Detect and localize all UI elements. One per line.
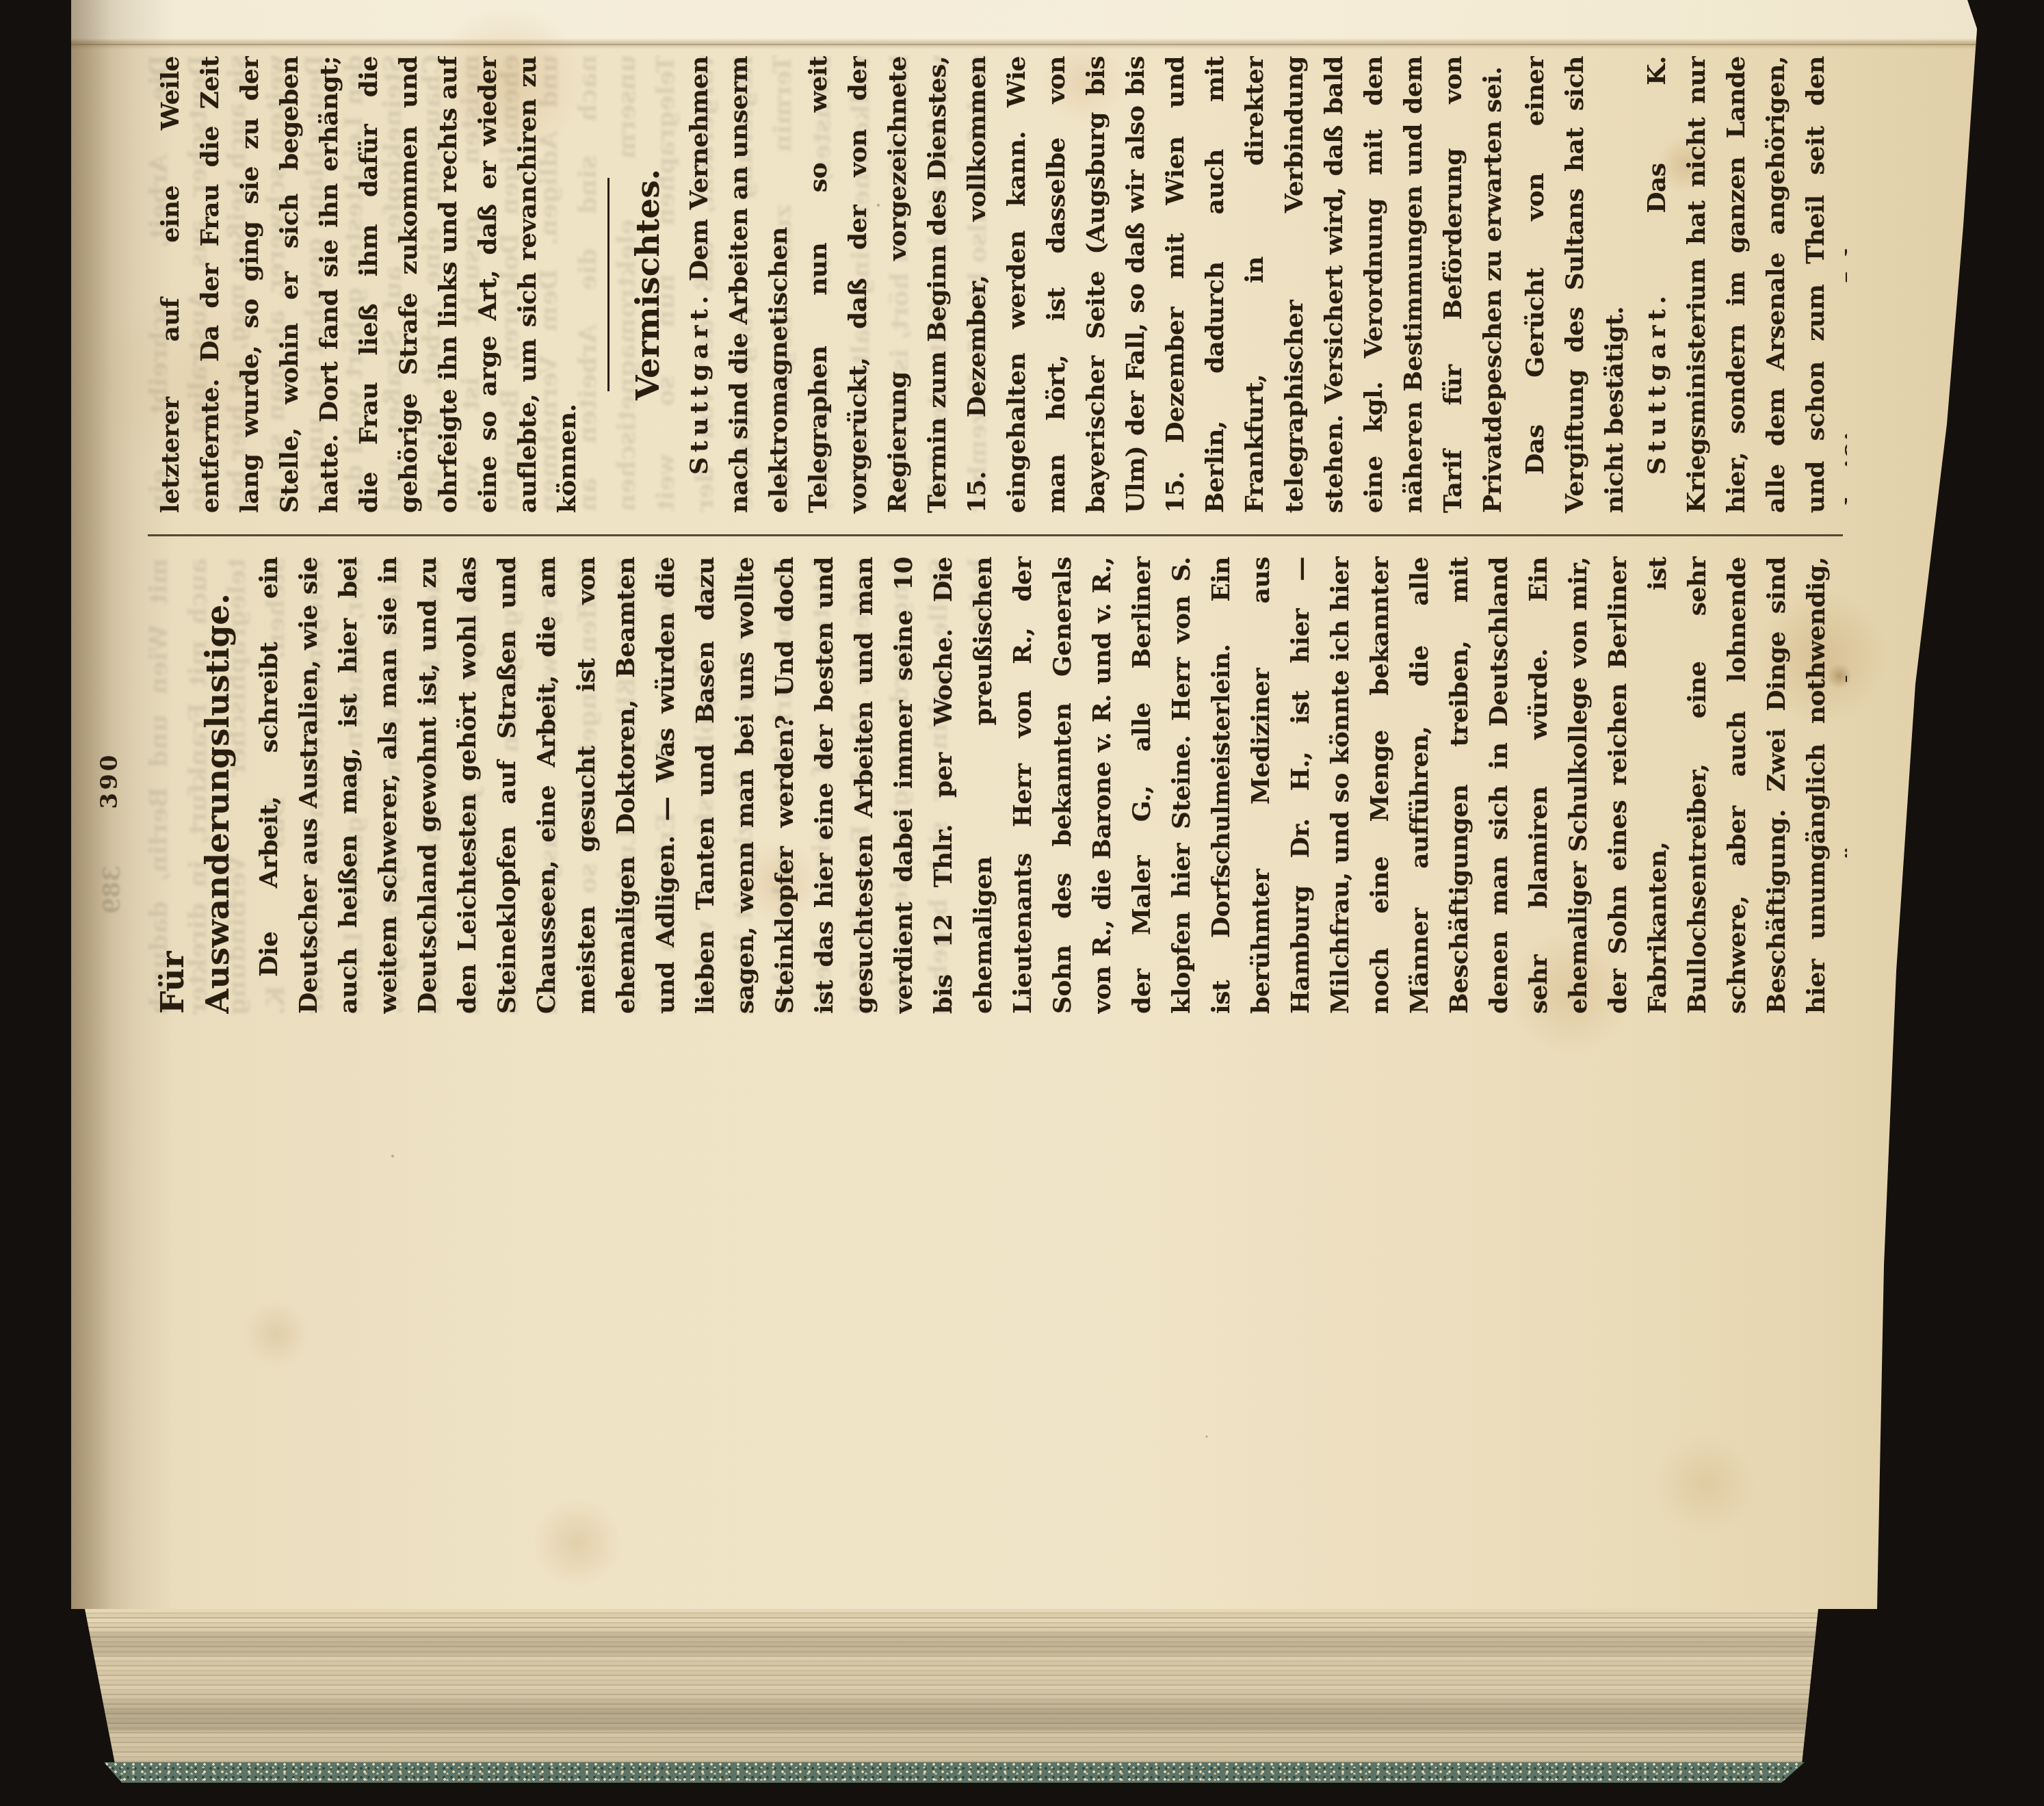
text-columns: Für Auswanderungslustige. Die Arbeit, sc… — [150, 56, 1847, 1014]
book-edge-marbling — [104, 1762, 1805, 1783]
section-heading-auswanderung: Für Auswanderungslustige. — [150, 557, 241, 1014]
dateline: Stuttgart. — [685, 291, 713, 475]
page-bottom-edges — [79, 1609, 1822, 1764]
page-fold-crease — [71, 44, 1978, 45]
news-item-text: Dem Vernehmen nach sind die Arbeiten an … — [685, 56, 1507, 513]
printed-page-rotated: Die Arbeit, schreibt ein Deutscher aus A… — [88, 55, 1850, 1015]
showthrough-page-number: 389 — [99, 865, 126, 914]
right-column: letzterer auf eine Weile entfernte. Da d… — [150, 56, 1847, 513]
dateline: Stuttgart. — [1642, 291, 1671, 475]
news-item-telegraph: Stuttgart. Dem Vernehmen nach sind die A… — [679, 56, 1512, 513]
section-heading-vermischtes: Vermischtes. — [626, 56, 671, 513]
left-column: Für Auswanderungslustige. Die Arbeit, sc… — [150, 557, 1847, 1014]
article-australien: Die Arbeit, schreibt ein Deutscher aus A… — [249, 557, 1847, 1014]
article-belebungsmittel-continuation: letzterer auf eine Weile entfernte. Da d… — [150, 56, 587, 513]
news-item-text: Das K. Kriegsministerium hat nicht nur h… — [1642, 56, 1847, 513]
scanned-book-spread: { "page": { "number": "390", "showthroug… — [0, 0, 2044, 1806]
section-separator-rule — [607, 178, 610, 391]
news-item-sultan: Das Gerücht von einer Vergiftung des Sul… — [1515, 56, 1634, 513]
page-number: 390 — [96, 736, 123, 825]
news-item-kriegsministerium: Stuttgart. Das K. Kriegsministerium hat … — [1637, 56, 1847, 513]
